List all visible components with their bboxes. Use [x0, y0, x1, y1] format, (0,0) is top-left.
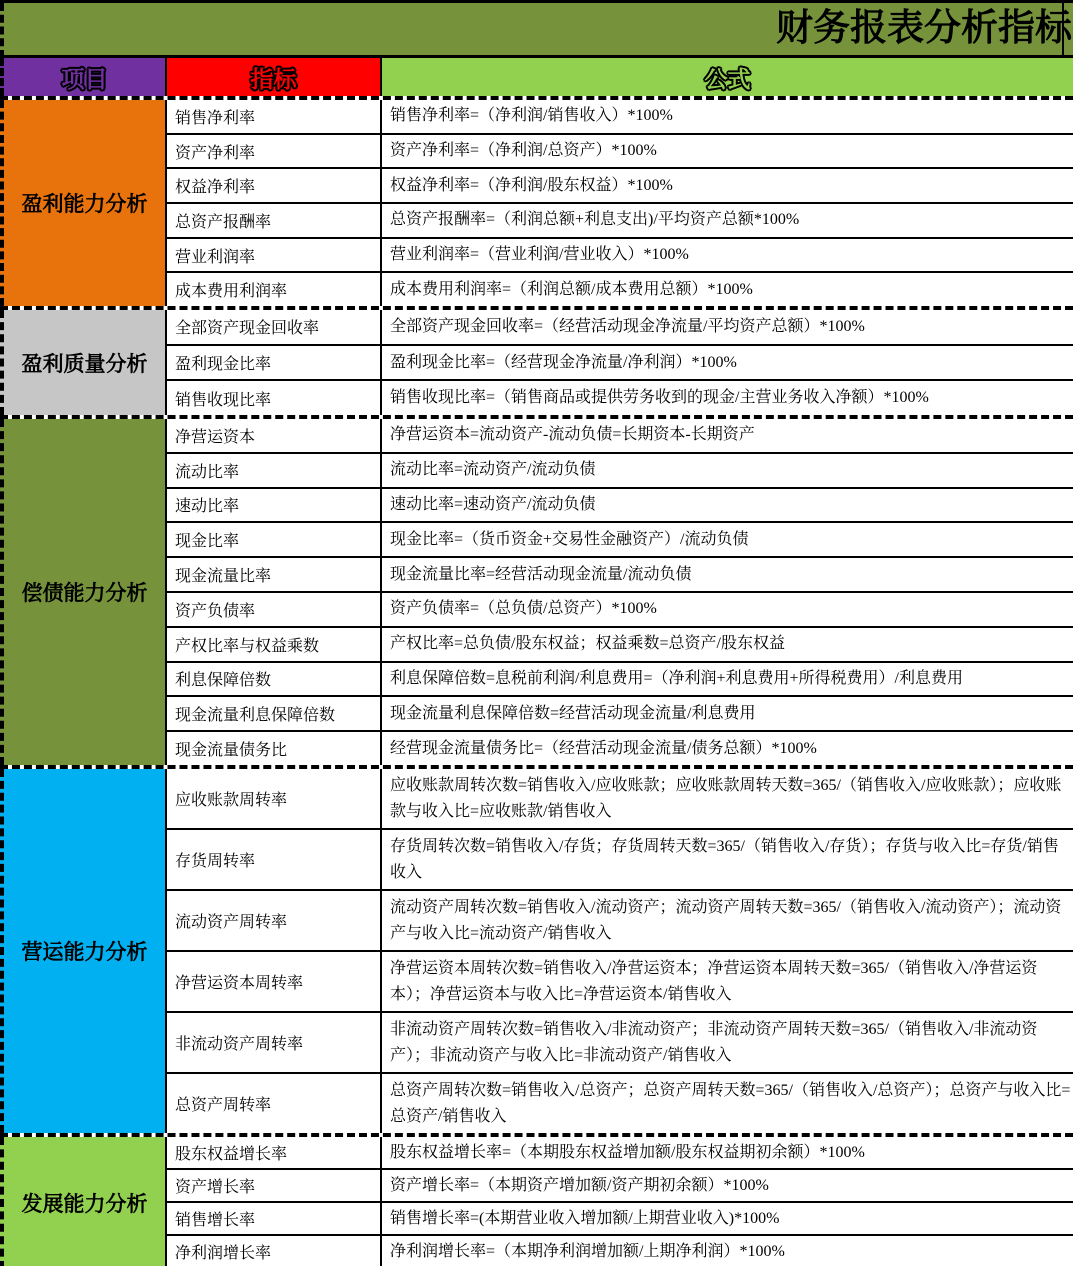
header-cell-indicator: 指标	[167, 58, 382, 96]
category-cell: 发展能力分析	[0, 1137, 167, 1266]
indicator-cell: 资产增长率	[167, 1170, 382, 1201]
indicator-cell: 现金流量债务比	[167, 732, 382, 765]
formula-cell: 存货周转次数=销售收入/存货；存货周转天数=365/（销售收入/存货）；存货与收…	[382, 830, 1073, 889]
table-row: 存货周转率 存货周转次数=销售收入/存货；存货周转天数=365/（销售收入/存货…	[167, 828, 1073, 889]
indicator-cell: 净营运资本	[167, 419, 382, 452]
formula-cell: 产权比率=总负债/股东权益；权益乘数=总资产/股东权益	[382, 628, 1073, 661]
header-label-indicator: 指标	[251, 61, 297, 94]
formula-cell: 总资产周转次数=销售收入/总资产；总资产周转天数=365/（销售收入/总资产）；…	[382, 1074, 1073, 1133]
table-row: 现金流量比率 现金流量比率=经营活动现金流量/流动负债	[167, 556, 1073, 591]
indicator-cell: 现金流量利息保障倍数	[167, 697, 382, 730]
indicator-cell: 现金比率	[167, 523, 382, 556]
table-row: 净利润增长率 净利润增长率=（本期净利润增加额/上期净利润）*100%	[167, 1234, 1073, 1266]
indicator-cell: 资产负债率	[167, 593, 382, 626]
formula-cell: 股东权益增长率=（本期股东权益增加额/股东权益期初余额）*100%	[382, 1137, 1073, 1168]
category-group: 偿债能力分析 净营运资本 净营运资本=流动资产-流动负债=长期资本-长期资产 流…	[0, 415, 1073, 765]
formula-cell: 非流动资产周转次数=销售收入/非流动资产；非流动资产周转天数=365/（销售收入…	[382, 1013, 1073, 1072]
title-bar: 财务报表分析指标体系	[0, 3, 1073, 58]
table-row: 股东权益增长率 股东权益增长率=（本期股东权益增加额/股东权益期初余额）*100…	[167, 1137, 1073, 1168]
table-row: 盈利现金比率 盈利现金比率=（经营现金净流量/净利润）*100%	[167, 344, 1073, 380]
table-row: 净营运资本周转率 净营运资本周转次数=销售收入/净营运资本；净营运资本周转天数=…	[167, 950, 1073, 1011]
indicator-cell: 资产净利率	[167, 135, 382, 168]
formula-cell: 资产负债率=（总负债/总资产）*100%	[382, 593, 1073, 626]
indicator-cell: 总资产周转率	[167, 1074, 382, 1133]
table-row: 销售收现比率 销售收现比率=（销售商品或提供劳务收到的现金/主营业务收入净额）*…	[167, 379, 1073, 415]
indicator-cell: 流动比率	[167, 454, 382, 487]
category-group: 营运能力分析 应收账款周转率 应收账款周转次数=销售收入/应收账款；应收账款周转…	[0, 765, 1073, 1133]
table-row: 资产负债率 资产负债率=（总负债/总资产）*100%	[167, 591, 1073, 626]
table-row: 销售增长率 销售增长率=(本期营业收入增加额/上期营业收入)*100%	[167, 1201, 1073, 1234]
formula-cell: 流动比率=流动资产/流动负债	[382, 454, 1073, 487]
header-label-formula: 公式	[705, 61, 751, 94]
formula-cell: 销售净利率=（净利润/销售收入）*100%	[382, 100, 1073, 133]
table-row: 销售净利率 销售净利率=（净利润/销售收入）*100%	[167, 100, 1073, 133]
table-row: 资产净利率 资产净利率=（净利润/总资产）*100%	[167, 133, 1073, 168]
formula-cell: 销售增长率=(本期营业收入增加额/上期营业收入)*100%	[382, 1203, 1073, 1234]
formula-cell: 盈利现金比率=（经营现金净流量/净利润）*100%	[382, 346, 1073, 380]
header-cell-formula: 公式	[382, 58, 1073, 96]
formula-cell: 现金比率=（货币资金+交易性金融资产）/流动负债	[382, 523, 1073, 556]
category-group: 盈利能力分析 销售净利率 销售净利率=（净利润/销售收入）*100% 资产净利率…	[0, 96, 1073, 306]
group-rows: 销售净利率 销售净利率=（净利润/销售收入）*100% 资产净利率 资产净利率=…	[167, 100, 1073, 306]
indicator-cell: 存货周转率	[167, 830, 382, 889]
indicator-cell: 全部资产现金回收率	[167, 310, 382, 344]
table-row: 资产增长率 资产增长率=（本期资产增加额/资产期初余额）*100%	[167, 1168, 1073, 1201]
table-row: 产权比率与权益乘数 产权比率=总负债/股东权益；权益乘数=总资产/股东权益	[167, 626, 1073, 661]
indicator-cell: 现金流量比率	[167, 558, 382, 591]
category-group: 发展能力分析 股东权益增长率 股东权益增长率=（本期股东权益增加额/股东权益期初…	[0, 1133, 1073, 1266]
table-row: 现金流量利息保障倍数 现金流量利息保障倍数=经营活动现金流量/利息费用	[167, 695, 1073, 730]
formula-cell: 速动比率=速动资产/流动负债	[382, 489, 1073, 522]
indicator-cell: 应收账款周转率	[167, 769, 382, 828]
indicator-cell: 销售增长率	[167, 1203, 382, 1234]
formula-cell: 资产增长率=（本期资产增加额/资产期初余额）*100%	[382, 1170, 1073, 1201]
group-rows: 净营运资本 净营运资本=流动资产-流动负债=长期资本-长期资产 流动比率 流动比…	[167, 419, 1073, 765]
table-row: 成本费用利润率 成本费用利润率=（利润总额/成本费用总额）*100%	[167, 271, 1073, 306]
group-rows: 全部资产现金回收率 全部资产现金回收率=（经营活动现金净流量/平均资产总额）*1…	[167, 310, 1073, 415]
indicator-cell: 总资产报酬率	[167, 204, 382, 237]
table-row: 非流动资产周转率 非流动资产周转次数=销售收入/非流动资产；非流动资产周转天数=…	[167, 1011, 1073, 1072]
page-title: 财务报表分析指标体系	[776, 8, 1073, 49]
formula-cell: 权益净利率=（净利润/股东权益）*100%	[382, 169, 1073, 202]
formula-cell: 应收账款周转次数=销售收入/应收账款；应收账款周转天数=365/（销售收入/应收…	[382, 769, 1073, 828]
formula-cell: 流动资产周转次数=销售收入/流动资产；流动资产周转天数=365/（销售收入/流动…	[382, 891, 1073, 950]
title-right-divider	[1062, 3, 1064, 55]
indicator-cell: 营业利润率	[167, 239, 382, 272]
group-rows: 应收账款周转率 应收账款周转次数=销售收入/应收账款；应收账款周转天数=365/…	[167, 769, 1073, 1133]
formula-cell: 营业利润率=（营业利润/营业收入）*100%	[382, 239, 1073, 272]
table-row: 总资产报酬率 总资产报酬率=（利润总额+利息支出)/平均资产总额*100%	[167, 202, 1073, 237]
table-row: 应收账款周转率 应收账款周转次数=销售收入/应收账款；应收账款周转天数=365/…	[167, 769, 1073, 828]
header-cell-project: 项目	[0, 58, 167, 96]
formula-cell: 净营运资本=流动资产-流动负债=长期资本-长期资产	[382, 419, 1073, 452]
indicator-cell: 非流动资产周转率	[167, 1013, 382, 1072]
table-row: 总资产周转率 总资产周转次数=销售收入/总资产；总资产周转天数=365/（销售收…	[167, 1072, 1073, 1133]
indicator-cell: 成本费用利润率	[167, 273, 382, 306]
table-row: 净营运资本 净营运资本=流动资产-流动负债=长期资本-长期资产	[167, 419, 1073, 452]
formula-cell: 净营运资本周转次数=销售收入/净营运资本；净营运资本周转天数=365/（销售收入…	[382, 952, 1073, 1011]
table-row: 利息保障倍数 利息保障倍数=息税前利润/利息费用=（净利润+利息费用+所得税费用…	[167, 661, 1073, 696]
formula-cell: 资产净利率=（净利润/总资产）*100%	[382, 135, 1073, 168]
header-label-project: 项目	[62, 61, 108, 94]
group-rows: 股东权益增长率 股东权益增长率=（本期股东权益增加额/股东权益期初余额）*100…	[167, 1137, 1073, 1266]
indicator-cell: 股东权益增长率	[167, 1137, 382, 1168]
indicator-cell: 净利润增长率	[167, 1236, 382, 1266]
category-cell: 盈利能力分析	[0, 100, 167, 306]
indicator-cell: 销售收现比率	[167, 381, 382, 415]
indicator-cell: 流动资产周转率	[167, 891, 382, 950]
indicator-cell: 净营运资本周转率	[167, 952, 382, 1011]
table-row: 现金比率 现金比率=（货币资金+交易性金融资产）/流动负债	[167, 521, 1073, 556]
category-cell: 营运能力分析	[0, 769, 167, 1133]
table-row: 现金流量债务比 经营现金流量债务比=（经营活动现金流量/债务总额）*100%	[167, 730, 1073, 765]
table-body: 盈利能力分析 销售净利率 销售净利率=（净利润/销售收入）*100% 资产净利率…	[0, 96, 1073, 1266]
table-row: 权益净利率 权益净利率=（净利润/股东权益）*100%	[167, 167, 1073, 202]
formula-cell: 成本费用利润率=（利润总额/成本费用总额）*100%	[382, 273, 1073, 306]
indicator-cell: 销售净利率	[167, 100, 382, 133]
formula-cell: 净利润增长率=（本期净利润增加额/上期净利润）*100%	[382, 1236, 1073, 1266]
table-row: 全部资产现金回收率 全部资产现金回收率=（经营活动现金净流量/平均资产总额）*1…	[167, 310, 1073, 344]
formula-cell: 总资产报酬率=（利润总额+利息支出)/平均资产总额*100%	[382, 204, 1073, 237]
formula-cell: 现金流量比率=经营活动现金流量/流动负债	[382, 558, 1073, 591]
table-row: 营业利润率 营业利润率=（营业利润/营业收入）*100%	[167, 237, 1073, 272]
formula-cell: 利息保障倍数=息税前利润/利息费用=（净利润+利息费用+所得税费用）/利息费用	[382, 663, 1073, 696]
indicator-cell: 速动比率	[167, 489, 382, 522]
indicator-cell: 利息保障倍数	[167, 663, 382, 696]
formula-cell: 现金流量利息保障倍数=经营活动现金流量/利息费用	[382, 697, 1073, 730]
table-header-row: 项目 指标 公式	[0, 58, 1073, 96]
table-row: 流动资产周转率 流动资产周转次数=销售收入/流动资产；流动资产周转天数=365/…	[167, 889, 1073, 950]
formula-cell: 全部资产现金回收率=（经营活动现金净流量/平均资产总额）*100%	[382, 310, 1073, 344]
category-cell: 盈利质量分析	[0, 310, 167, 415]
table-row: 流动比率 流动比率=流动资产/流动负债	[167, 452, 1073, 487]
indicator-cell: 产权比率与权益乘数	[167, 628, 382, 661]
table-row: 速动比率 速动比率=速动资产/流动负债	[167, 487, 1073, 522]
financial-indicators-sheet: 财务报表分析指标体系 项目 指标 公式 盈利能力分析 销售净利率 销售净利率=（…	[0, 0, 1073, 1266]
indicator-cell: 盈利现金比率	[167, 346, 382, 380]
formula-cell: 经营现金流量债务比=（经营活动现金流量/债务总额）*100%	[382, 732, 1073, 765]
formula-cell: 销售收现比率=（销售商品或提供劳务收到的现金/主营业务收入净额）*100%	[382, 381, 1073, 415]
category-cell: 偿债能力分析	[0, 419, 167, 765]
category-group: 盈利质量分析 全部资产现金回收率 全部资产现金回收率=（经营活动现金净流量/平均…	[0, 306, 1073, 415]
indicator-cell: 权益净利率	[167, 169, 382, 202]
